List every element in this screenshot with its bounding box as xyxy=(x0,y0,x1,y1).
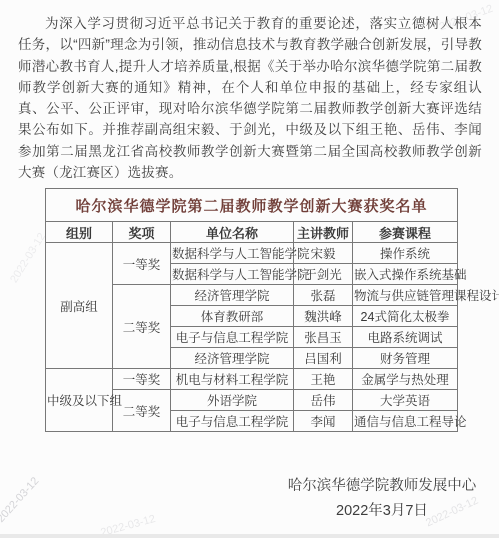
course-cell: 嵌入式操作系统基础 xyxy=(353,264,458,285)
teacher-cell: 王艳 xyxy=(294,369,353,390)
table-row: 组别奖项单位名称主讲教师参赛课程 xyxy=(46,222,458,243)
page: 为深入学习贯彻习近平总书记关于教育的重要论述，落实立德树人根本任务，以“四新”理… xyxy=(0,0,499,538)
column-header: 主讲教师 xyxy=(294,222,353,243)
column-header: 参赛课程 xyxy=(353,222,458,243)
table-row: 副高组一等奖数据科学与人工智能学院宋毅操作系统 xyxy=(46,243,458,264)
group-cell: 中级及以下组 xyxy=(46,369,113,432)
watermark-date: 2022-03-12 xyxy=(8,231,48,285)
course-cell: 财务管理 xyxy=(353,348,458,369)
footer-organization: 哈尔滨华德学院教师发展中心 xyxy=(272,474,492,499)
column-header: 单位名称 xyxy=(171,222,294,243)
teacher-cell: 李闻 xyxy=(294,411,353,432)
unit-cell: 机电与材料工程学院 xyxy=(171,369,294,390)
notice-paragraph: 为深入学习贯彻习近平总书记关于教育的重要论述，落实立德树人根本任务，以“四新”理… xyxy=(18,13,482,183)
course-cell: 金属学与热处理 xyxy=(353,369,458,390)
column-header: 组别 xyxy=(46,222,113,243)
course-cell: 通信与信息工程导论 xyxy=(353,411,458,432)
unit-cell: 经济管理学院 xyxy=(171,285,294,306)
page-bottom-edge xyxy=(0,534,499,538)
unit-cell: 经济管理学院 xyxy=(171,348,294,369)
unit-cell: 数据科学与人工智能学院 xyxy=(171,243,294,264)
unit-cell: 电子与信息工程学院 xyxy=(171,327,294,348)
table-row: 哈尔滨华德学院第二届教师教学创新大赛获奖名单 xyxy=(46,189,458,222)
column-header: 奖项 xyxy=(113,222,171,243)
awards-table-body: 哈尔滨华德学院第二届教师教学创新大赛获奖名单组别奖项单位名称主讲教师参赛课程副高… xyxy=(46,189,458,432)
teacher-cell: 岳伟 xyxy=(294,390,353,411)
table-row: 中级及以下组一等奖机电与材料工程学院王艳金属学与热处理 xyxy=(46,369,458,390)
footer: 哈尔滨华德学院教师发展中心 2022年3月7日 xyxy=(272,474,492,524)
group-cell: 副高组 xyxy=(46,243,113,369)
award-cell: 二等奖 xyxy=(113,285,171,369)
course-cell: 大学英语 xyxy=(353,390,458,411)
footer-date: 2022年3月7日 xyxy=(272,499,492,524)
unit-cell: 数据科学与人工智能学院 xyxy=(171,264,294,285)
teacher-cell: 魏洪峰 xyxy=(294,306,353,327)
award-cell: 一等奖 xyxy=(113,369,171,390)
table-title: 哈尔滨华德学院第二届教师教学创新大赛获奖名单 xyxy=(46,189,458,222)
watermark-date: 2022-03-12 xyxy=(0,475,41,525)
teacher-cell: 吕国利 xyxy=(294,348,353,369)
unit-cell: 外语学院 xyxy=(171,390,294,411)
course-cell: 24式简化太极拳 xyxy=(353,306,458,327)
unit-cell: 电子与信息工程学院 xyxy=(171,411,294,432)
teacher-cell: 张昌玉 xyxy=(294,327,353,348)
course-cell: 物流与供应链管理课程设计 xyxy=(353,285,458,306)
awards-table: 哈尔滨华德学院第二届教师教学创新大赛获奖名单组别奖项单位名称主讲教师参赛课程副高… xyxy=(45,188,458,432)
unit-cell: 体育教研部 xyxy=(171,306,294,327)
course-cell: 操作系统 xyxy=(353,243,458,264)
course-cell: 电路系统调试 xyxy=(353,327,458,348)
award-cell: 一等奖 xyxy=(113,243,171,285)
teacher-cell: 张磊 xyxy=(294,285,353,306)
